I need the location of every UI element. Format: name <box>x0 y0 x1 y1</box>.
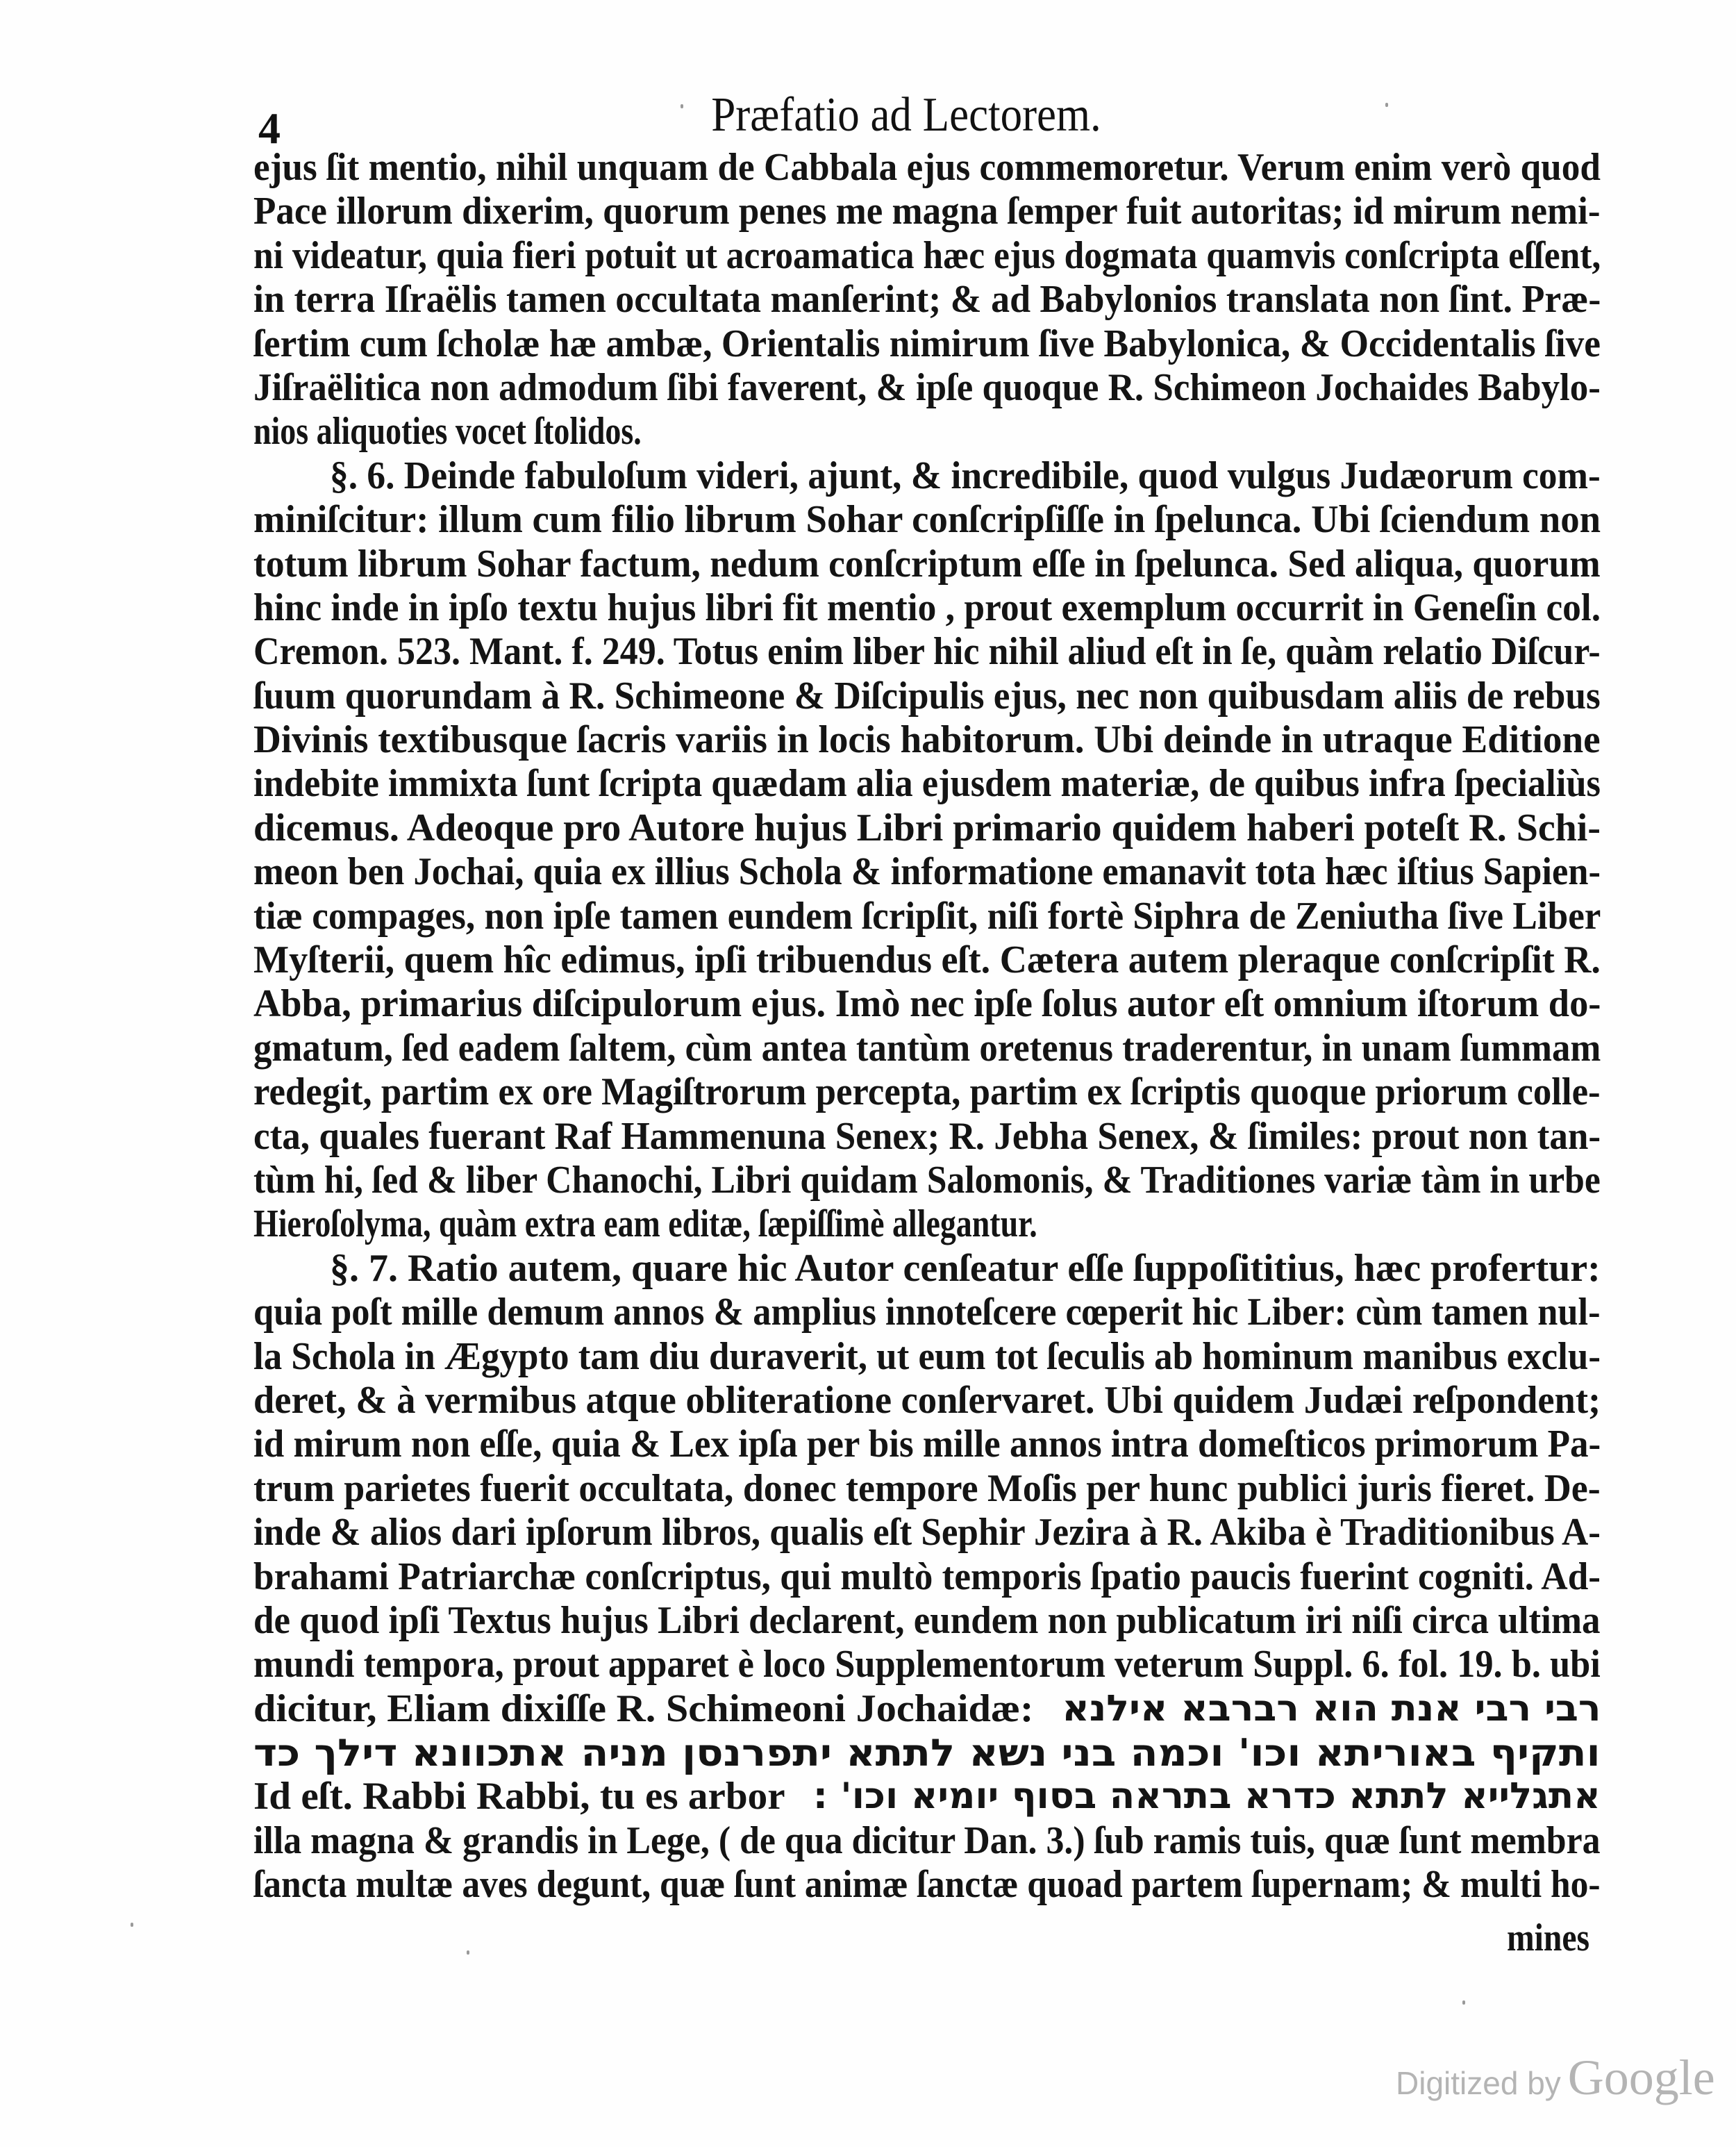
line-text: deret, & à vermibus atque obliteratione … <box>253 1379 1601 1423</box>
text-line: gmatum, ſed eadem ſaltem, cùm antea tant… <box>253 1027 1601 1070</box>
text-line: Pace illorum dixerim, quorum penes me ma… <box>253 190 1601 233</box>
line-text: quia poſt mille demum annos & amplius in… <box>253 1291 1601 1334</box>
text-line: §. 6. Deinde fabuloſum videri, ajunt, & … <box>253 454 1601 498</box>
text-line: de quod ipſi Textus hujus Libri declaren… <box>253 1599 1601 1643</box>
text-line: Myſterii, quem hîc edimus, ipſi tribuend… <box>253 938 1601 982</box>
text-line: Divinis textibusque ſacris variis in loc… <box>253 718 1601 762</box>
hebrew-line-text: ותקיף באוריתא וכו' וכמה בני נשא לתתא יתפ… <box>253 1731 1601 1775</box>
line-text: mundi tempora, prout apparet è loco Supp… <box>253 1643 1601 1686</box>
text-line: illa magna & grandis in Lege, ( de qua d… <box>253 1819 1601 1863</box>
scan-speck <box>131 1923 133 1927</box>
text-line: quia poſt mille demum annos & amplius in… <box>253 1291 1601 1334</box>
book-page: 4 Præfatio ad Lectorem. ejus ſit mentio,… <box>0 0 1736 2147</box>
text-line: deret, & à vermibus atque obliteratione … <box>253 1379 1601 1423</box>
text-line: meon ben Jochai, quia ex illius Schola &… <box>253 850 1601 894</box>
text-line: nios aliquoties vocet ſtolidos. <box>253 410 1601 454</box>
line-text: brahami Patriarchæ conſcriptus, qui mult… <box>253 1555 1601 1599</box>
hebrew-segment: רבי רבי אנת הוא רברבא אילנא <box>1062 1687 1601 1731</box>
text-line: tiæ compages, non ipſe tamen eundem ſcri… <box>253 895 1601 938</box>
line-text: hinc inde in ipſo textu hujus libri fit … <box>253 586 1601 630</box>
text-line: §. 7. Ratio autem, quare hic Autor cenſe… <box>253 1247 1601 1291</box>
line-text: ni videatur, quia fieri potuit ut acroam… <box>253 234 1601 278</box>
line-text: trum parietes fuerit occultata, donec te… <box>253 1467 1601 1511</box>
scan-speck <box>1462 2000 1465 2005</box>
line-text: id mirum non eſſe, quia & Lex ipſa per b… <box>253 1423 1601 1466</box>
catchword: mines <box>1507 1916 1589 1960</box>
text-line: miniſcitur: illum cum filio librum Sohar… <box>253 498 1601 542</box>
text-line: redegit, partim ex ore Magiſtrorum perce… <box>253 1070 1601 1114</box>
line-text: illa magna & grandis in Lege, ( de qua d… <box>253 1819 1601 1863</box>
text-line: cta, quales fuerant Raf Hammenuna Senex;… <box>253 1115 1601 1159</box>
line-text: ejus ſit mentio, nihil unquam de Cabbala… <box>253 146 1601 190</box>
hebrew-segment: אתגלייא לתתא כדרא בתראה בסוף יומיא וכו' … <box>813 1775 1601 1818</box>
text-line: Abba, primarius diſcipulorum ejus. Imò n… <box>253 982 1601 1026</box>
line-text: Divinis textibusque ſacris variis in loc… <box>253 718 1601 762</box>
line-text: gmatum, ſed eadem ſaltem, cùm antea tant… <box>253 1027 1601 1070</box>
text-line: tùm hi, ſed & liber Chanochi, Libri quid… <box>253 1159 1601 1202</box>
text-line: dicemus. Adeoque pro Autore hujus Libri … <box>253 806 1601 850</box>
text-line: Hieroſolyma, quàm extra eam editæ, ſæpiſ… <box>253 1202 1601 1246</box>
line-text: de quod ipſi Textus hujus Libri declaren… <box>253 1599 1601 1643</box>
scan-speck <box>681 104 683 108</box>
text-line: trum parietes fuerit occultata, donec te… <box>253 1467 1601 1511</box>
latin-segment: dicitur, Eliam dixiſſe R. Schimeoni Joch… <box>253 1687 1033 1731</box>
text-line: brahami Patriarchæ conſcriptus, qui mult… <box>253 1555 1601 1599</box>
text-line: inde & alios dari ipſorum libros, qualis… <box>253 1511 1601 1555</box>
text-line: dicitur, Eliam dixiſſe R. Schimeoni Joch… <box>253 1687 1601 1731</box>
line-text: tùm hi, ſed & liber Chanochi, Libri quid… <box>253 1159 1601 1202</box>
line-text: §. 6. Deinde fabuloſum videri, ajunt, & … <box>330 454 1601 498</box>
line-text: tiæ compages, non ipſe tamen eundem ſcri… <box>253 895 1601 938</box>
line-text: inde & alios dari ipſorum libros, qualis… <box>253 1511 1601 1555</box>
line-text: Pace illorum dixerim, quorum penes me ma… <box>253 190 1601 233</box>
watermark-prefix: Digitized by <box>1396 2065 1561 2101</box>
running-head: Præfatio ad Lectorem. <box>691 88 1122 143</box>
text-line: ſuum quorundam à R. Schimeone & Diſcipul… <box>253 674 1601 718</box>
text-line: mundi tempora, prout apparet è loco Supp… <box>253 1643 1601 1686</box>
line-text: ſuum quorundam à R. Schimeone & Diſcipul… <box>253 674 1601 718</box>
text-line: ejus ſit mentio, nihil unquam de Cabbala… <box>253 146 1601 190</box>
line-text: dicemus. Adeoque pro Autore hujus Libri … <box>253 806 1601 850</box>
scan-speck <box>1385 103 1388 107</box>
digitized-by-google-watermark: Digitized byGoogle <box>1396 2049 1715 2107</box>
latin-segment: Id eſt. Rabbi Rabbi, tu es arbor <box>253 1775 785 1818</box>
line-text: Jiſraëlitica non admodum ſibi faverent, … <box>253 366 1601 410</box>
line-text: la Schola in Ægypto tam diu duraverit, u… <box>253 1335 1601 1379</box>
line-text: indebite immixta ſunt ſcripta quædam ali… <box>253 762 1601 806</box>
line-text: Abba, primarius diſcipulorum ejus. Imò n… <box>253 982 1601 1026</box>
line-text: Cremon. 523. Mant. f. 249. Totus enim li… <box>253 630 1601 674</box>
line-text: §. 7. Ratio autem, quare hic Autor cenſe… <box>330 1247 1601 1291</box>
text-line: Jiſraëlitica non admodum ſibi faverent, … <box>253 366 1601 410</box>
text-line: ſancta multæ aves degunt, quæ ſunt animæ… <box>253 1863 1601 1907</box>
line-text: miniſcitur: illum cum filio librum Sohar… <box>253 498 1601 542</box>
text-line: id mirum non eſſe, quia & Lex ipſa per b… <box>253 1423 1601 1466</box>
google-logo-text: Google <box>1568 2050 1715 2105</box>
text-line: Id eſt. Rabbi Rabbi, tu es arborאתגלייא … <box>253 1775 1601 1818</box>
text-line: indebite immixta ſunt ſcripta quædam ali… <box>253 762 1601 806</box>
text-line: totum librum Sohar factum, nedum conſcri… <box>253 542 1601 586</box>
text-line: Cremon. 523. Mant. f. 249. Totus enim li… <box>253 630 1601 674</box>
text-line: in terra Iſraëlis tamen occultata manſer… <box>253 278 1601 322</box>
scan-speck <box>467 1950 469 1955</box>
text-line: hinc inde in ipſo textu hujus libri fit … <box>253 586 1601 630</box>
text-line: ni videatur, quia fieri potuit ut acroam… <box>253 234 1601 278</box>
text-line: la Schola in Ægypto tam diu duraverit, u… <box>253 1335 1601 1379</box>
line-text: Hieroſolyma, quàm extra eam editæ, ſæpiſ… <box>253 1202 1037 1246</box>
line-text: meon ben Jochai, quia ex illius Schola &… <box>253 850 1601 894</box>
line-text: ſancta multæ aves degunt, quæ ſunt animæ… <box>253 1863 1601 1907</box>
line-text: Myſterii, quem hîc edimus, ipſi tribuend… <box>253 938 1601 982</box>
line-text: totum librum Sohar factum, nedum conſcri… <box>253 542 1601 586</box>
line-text: redegit, partim ex ore Magiſtrorum perce… <box>253 1070 1601 1114</box>
text-line: ſertim cum ſcholæ hæ ambæ, Orientalis ni… <box>253 322 1601 366</box>
text-line: ותקיף באוריתא וכו' וכמה בני נשא לתתא יתפ… <box>253 1731 1601 1775</box>
line-text: nios aliquoties vocet ſtolidos. <box>253 410 642 454</box>
line-text: cta, quales fuerant Raf Hammenuna Senex;… <box>253 1115 1601 1159</box>
line-text: ſertim cum ſcholæ hæ ambæ, Orientalis ni… <box>253 322 1601 366</box>
line-text: in terra Iſraëlis tamen occultata manſer… <box>253 278 1601 322</box>
body-text: ejus ſit mentio, nihil unquam de Cabbala… <box>253 146 1601 1907</box>
